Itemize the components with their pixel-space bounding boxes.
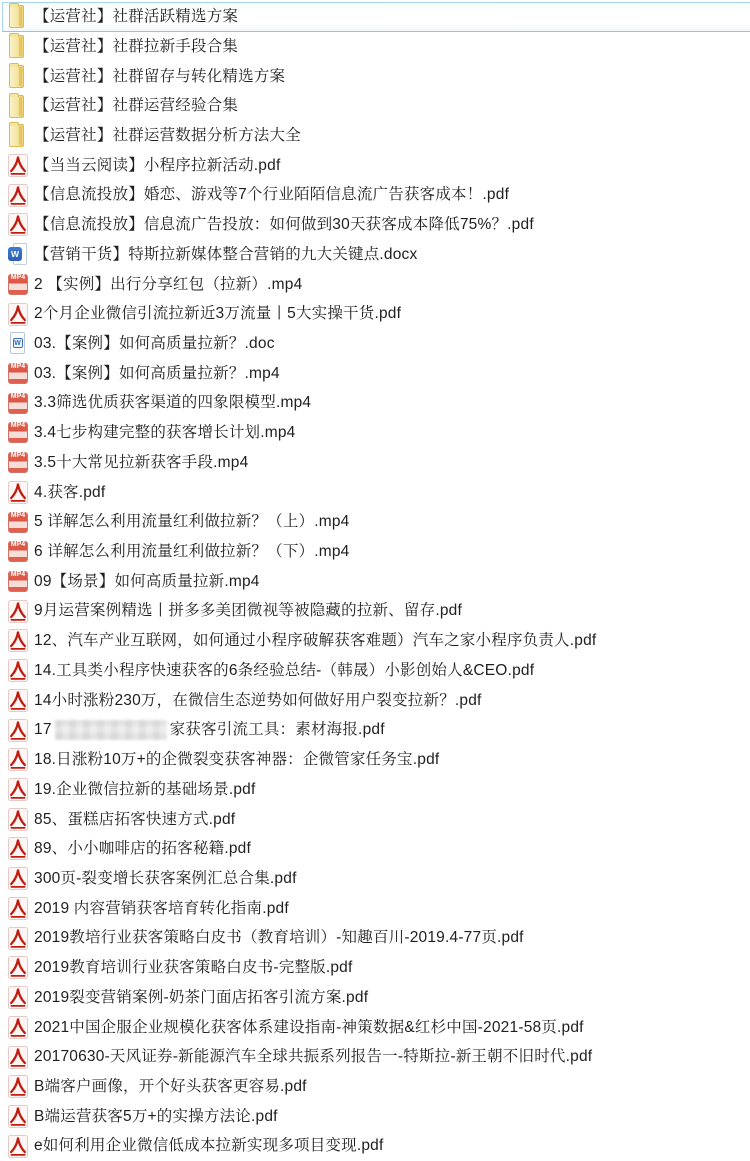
file-name: 【运营社】社群拉新手段合集 bbox=[34, 39, 238, 55]
pdf-file-icon bbox=[8, 689, 28, 712]
pdf-glyph bbox=[8, 1046, 28, 1069]
mp4-label: MP4 bbox=[8, 393, 28, 400]
mp4-file-icon: MP4 bbox=[8, 392, 28, 415]
mp4-label: MP4 bbox=[8, 452, 28, 459]
pdf-glyph bbox=[8, 837, 28, 860]
file-name: 3.4七步构建完整的获客增长计划.mp4 bbox=[34, 425, 296, 441]
file-row[interactable]: B端客户画像，开个好头获客更容易.pdf bbox=[0, 1072, 750, 1102]
pdf-file-icon bbox=[8, 867, 28, 890]
file-name: 【运营社】社群运营经验合集 bbox=[34, 98, 238, 114]
pdf-glyph bbox=[8, 927, 28, 950]
pdf-file-icon bbox=[8, 481, 28, 504]
folder-shape bbox=[9, 124, 24, 147]
file-row[interactable]: 2019 内容营销获客培育转化指南.pdf bbox=[0, 894, 750, 924]
pdf-file-icon bbox=[8, 1046, 28, 1069]
pdf-glyph bbox=[8, 481, 28, 504]
file-row[interactable]: 2个月企业微信引流拉新近3万流量丨5大实操干货.pdf bbox=[0, 299, 750, 329]
file-name: 【运营社】社群活跃精选方案 bbox=[34, 9, 238, 25]
file-name: 20170630-天风证券-新能源汽车全球共振系列报告一-特斯拉-新王朝不旧时代… bbox=[34, 1049, 592, 1065]
file-name: 2019 内容营销获客培育转化指南.pdf bbox=[34, 901, 289, 917]
file-name: 【信息流投放】婚恋、游戏等7个行业陌陌信息流广告获客成本！.pdf bbox=[34, 187, 509, 203]
file-name: e如何利用企业微信低成本拉新实现多项目变现.pdf bbox=[34, 1138, 383, 1154]
file-row[interactable]: MP43.3筛选优质获客渠道的四象限模型.mp4 bbox=[0, 388, 750, 418]
file-name-prefix: 17 bbox=[34, 722, 52, 738]
pdf-file-icon bbox=[8, 1016, 28, 1039]
file-row[interactable]: 【信息流投放】婚恋、游戏等7个行业陌陌信息流广告获客成本！.pdf bbox=[0, 180, 750, 210]
file-name: 2个月企业微信引流拉新近3万流量丨5大实操干货.pdf bbox=[34, 306, 401, 322]
file-name: 12、汽车产业互联网，如何通过小程序破解获客难题）汽车之家小程序负责人.pdf bbox=[34, 633, 596, 649]
pdf-file-icon bbox=[8, 154, 28, 177]
file-name: 5 详解怎么利用流量红利做拉新？（上）.mp4 bbox=[34, 514, 350, 530]
pdf-file-icon bbox=[8, 600, 28, 623]
pdf-glyph bbox=[8, 986, 28, 1009]
file-name: 2019教育培训行业获客策略白皮书-完整版.pdf bbox=[34, 960, 353, 976]
pdf-file-icon bbox=[8, 1135, 28, 1158]
file-name: 3.3筛选优质获客渠道的四象限模型.mp4 bbox=[34, 395, 311, 411]
file-row[interactable]: 2019裂变营销案例-奶茶门面店拓客引流方案.pdf bbox=[0, 983, 750, 1013]
file-name: 9月运营案例精选丨拼多多美团微视等被隐藏的拉新、留存.pdf bbox=[34, 603, 462, 619]
file-row[interactable]: MP403.【案例】如何高质量拉新？.mp4 bbox=[0, 359, 750, 389]
pdf-file-icon bbox=[8, 778, 28, 801]
file-name: B端运营获客5万+的实操方法论.pdf bbox=[34, 1109, 278, 1125]
mp4-label: MP4 bbox=[8, 363, 28, 370]
file-row[interactable]: 17家获客引流工具：素材海报.pdf bbox=[0, 715, 750, 745]
folder-icon bbox=[8, 65, 28, 88]
file-row[interactable]: 300页-裂变增长获客案例汇总合集.pdf bbox=[0, 864, 750, 894]
file-row[interactable]: 【运营社】社群拉新手段合集 bbox=[0, 32, 750, 62]
word-doc-file-icon: W bbox=[8, 332, 28, 355]
pdf-glyph bbox=[8, 808, 28, 831]
file-name: 09【场景】如何高质量拉新.mp4 bbox=[34, 574, 260, 590]
file-name: B端客户画像，开个好头获客更容易.pdf bbox=[34, 1079, 307, 1095]
pdf-file-icon bbox=[8, 1075, 28, 1098]
pdf-file-icon bbox=[8, 927, 28, 950]
file-name: 85、蛋糕店拓客快速方式.pdf bbox=[34, 812, 235, 828]
file-row[interactable]: 4.获客.pdf bbox=[0, 478, 750, 508]
folder-shape bbox=[9, 65, 24, 88]
pdf-glyph bbox=[8, 154, 28, 177]
file-row[interactable]: 2021中国企服企业规模化获客体系建设指南-神策数据&红杉中国-2021-58页… bbox=[0, 1012, 750, 1042]
word-docx-file-icon: W bbox=[8, 243, 28, 266]
file-name: 2 【实例】出行分享红包（拉新）.mp4 bbox=[34, 277, 302, 293]
file-row[interactable]: 18.日涨粉10万+的企微裂变获客神器：企微管家任务宝.pdf bbox=[0, 745, 750, 775]
file-name: 3.5十大常见拉新获客手段.mp4 bbox=[34, 455, 248, 471]
file-name: 6 详解怎么利用流量红利做拉新？（下）.mp4 bbox=[34, 544, 350, 560]
folder-icon bbox=[8, 124, 28, 147]
file-row[interactable]: 【当当云阅读】小程序拉新活动.pdf bbox=[0, 151, 750, 181]
folder-icon bbox=[8, 5, 28, 28]
file-row[interactable]: MP43.5十大常见拉新获客手段.mp4 bbox=[0, 448, 750, 478]
censored-blur-patch bbox=[55, 720, 167, 740]
file-row[interactable]: 14小时涨粉230万，在微信生态逆势如何做好用户裂变拉新？.pdf bbox=[0, 686, 750, 716]
file-name: 2021中国企服企业规模化获客体系建设指南-神策数据&红杉中国-2021-58页… bbox=[34, 1020, 584, 1036]
pdf-glyph bbox=[8, 1075, 28, 1098]
file-row[interactable]: 2019教培行业获客策略白皮书（教育培训）-知趣百川-2019.4-77页.pd… bbox=[0, 923, 750, 953]
file-name: 【信息流投放】信息流广告投放：如何做到30天获客成本降低75%？.pdf bbox=[34, 217, 534, 233]
mp4-file-icon: MP4 bbox=[8, 570, 28, 593]
mp4-file-icon: MP4 bbox=[8, 451, 28, 474]
pdf-glyph bbox=[8, 1016, 28, 1039]
folder-icon bbox=[8, 95, 28, 118]
mp4-label: MP4 bbox=[8, 422, 28, 429]
pdf-glyph bbox=[8, 1135, 28, 1158]
file-row[interactable]: 20170630-天风证券-新能源汽车全球共振系列报告一-特斯拉-新王朝不旧时代… bbox=[0, 1042, 750, 1072]
pdf-glyph bbox=[8, 956, 28, 979]
pdf-glyph bbox=[8, 897, 28, 920]
pdf-file-icon bbox=[8, 184, 28, 207]
mp4-label: MP4 bbox=[8, 541, 28, 548]
pdf-glyph bbox=[8, 213, 28, 236]
folder-shape bbox=[9, 5, 24, 28]
file-row[interactable]: 【信息流投放】信息流广告投放：如何做到30天获客成本降低75%？.pdf bbox=[0, 210, 750, 240]
file-name: 14小时涨粉230万，在微信生态逆势如何做好用户裂变拉新？.pdf bbox=[34, 693, 482, 709]
pdf-file-icon bbox=[8, 1105, 28, 1128]
file-name: 2019裂变营销案例-奶茶门面店拓客引流方案.pdf bbox=[34, 990, 368, 1006]
pdf-file-icon bbox=[8, 808, 28, 831]
file-row[interactable]: MP43.4七步构建完整的获客增长计划.mp4 bbox=[0, 418, 750, 448]
file-row[interactable]: 2019教育培训行业获客策略白皮书-完整版.pdf bbox=[0, 953, 750, 983]
file-row[interactable]: B端运营获客5万+的实操方法论.pdf bbox=[0, 1102, 750, 1132]
pdf-glyph bbox=[8, 748, 28, 771]
pdf-glyph bbox=[8, 1105, 28, 1128]
file-name: 03.【案例】如何高质量拉新？.doc bbox=[34, 336, 275, 352]
pdf-file-icon bbox=[8, 837, 28, 860]
pdf-glyph bbox=[8, 600, 28, 623]
pdf-glyph bbox=[8, 659, 28, 682]
mp4-file-icon: MP4 bbox=[8, 421, 28, 444]
file-row[interactable]: W03.【案例】如何高质量拉新？.doc bbox=[0, 329, 750, 359]
file-name: 【运营社】社群留存与转化精选方案 bbox=[34, 69, 285, 85]
file-row[interactable]: 【运营社】社群运营经验合集 bbox=[0, 91, 750, 121]
file-row[interactable]: 85、蛋糕店拓客快速方式.pdf bbox=[0, 804, 750, 834]
folder-icon bbox=[8, 35, 28, 58]
folder-shape bbox=[9, 35, 24, 58]
file-name: 19.企业微信拉新的基础场景.pdf bbox=[34, 782, 256, 798]
mp4-label: MP4 bbox=[8, 274, 28, 281]
file-row[interactable]: MP42 【实例】出行分享红包（拉新）.mp4 bbox=[0, 269, 750, 299]
file-row[interactable]: 19.企业微信拉新的基础场景.pdf bbox=[0, 775, 750, 805]
file-row[interactable]: MP45 详解怎么利用流量红利做拉新？（上）.mp4 bbox=[0, 507, 750, 537]
file-row[interactable]: 【运营社】社群活跃精选方案 bbox=[2, 2, 750, 32]
file-name: 2019教培行业获客策略白皮书（教育培训）-知趣百川-2019.4-77页.pd… bbox=[34, 930, 524, 946]
file-row[interactable]: 9月运营案例精选丨拼多多美团微视等被隐藏的拉新、留存.pdf bbox=[0, 596, 750, 626]
mp4-label: MP4 bbox=[8, 571, 28, 578]
pdf-file-icon bbox=[8, 986, 28, 1009]
file-row[interactable]: 【运营社】社群留存与转化精选方案 bbox=[0, 61, 750, 91]
folder-shape bbox=[9, 95, 24, 118]
file-list: 【运营社】社群活跃精选方案【运营社】社群拉新手段合集【运营社】社群留存与转化精选… bbox=[0, 2, 750, 1161]
pdf-file-icon bbox=[8, 719, 28, 742]
file-row[interactable]: 【运营社】社群运营数据分析方法大全 bbox=[0, 121, 750, 151]
pdf-glyph bbox=[8, 689, 28, 712]
file-name: 【运营社】社群运营数据分析方法大全 bbox=[34, 128, 301, 144]
mp4-file-icon: MP4 bbox=[8, 362, 28, 385]
pdf-file-icon bbox=[8, 303, 28, 326]
file-row[interactable]: e如何利用企业微信低成本拉新实现多项目变现.pdf bbox=[0, 1131, 750, 1161]
pdf-glyph bbox=[8, 778, 28, 801]
file-row[interactable]: 12、汽车产业互联网，如何通过小程序破解获客难题）汽车之家小程序负责人.pdf bbox=[0, 626, 750, 656]
file-name-suffix: 家获客引流工具：素材海报.pdf bbox=[170, 722, 385, 738]
file-name: 【当当云阅读】小程序拉新活动.pdf bbox=[34, 158, 280, 174]
pdf-file-icon bbox=[8, 659, 28, 682]
pdf-file-icon bbox=[8, 213, 28, 236]
word-w-icon: W bbox=[13, 338, 23, 348]
mp4-file-icon: MP4 bbox=[8, 511, 28, 534]
pdf-glyph bbox=[8, 629, 28, 652]
pdf-glyph bbox=[8, 184, 28, 207]
file-name: 【营销干货】特斯拉新媒体整合营销的九大关键点.docx bbox=[34, 247, 417, 263]
file-row[interactable]: MP409【场景】如何高质量拉新.mp4 bbox=[0, 567, 750, 597]
pdf-file-icon bbox=[8, 629, 28, 652]
mp4-label: MP4 bbox=[8, 512, 28, 519]
file-row[interactable]: 14.工具类小程序快速获客的6条经验总结-（韩晟）小影创始人&CEO.pdf bbox=[0, 656, 750, 686]
file-row[interactable]: MP46 详解怎么利用流量红利做拉新？（下）.mp4 bbox=[0, 537, 750, 567]
file-row[interactable]: 89、小小咖啡店的拓客秘籍.pdf bbox=[0, 834, 750, 864]
pdf-glyph bbox=[8, 867, 28, 890]
file-name: 14.工具类小程序快速获客的6条经验总结-（韩晟）小影创始人&CEO.pdf bbox=[34, 663, 534, 679]
mp4-file-icon: MP4 bbox=[8, 540, 28, 563]
file-row[interactable]: W【营销干货】特斯拉新媒体整合营销的九大关键点.docx bbox=[0, 240, 750, 270]
pdf-file-icon bbox=[8, 956, 28, 979]
word-w-icon: W bbox=[8, 247, 22, 261]
mp4-file-icon: MP4 bbox=[8, 273, 28, 296]
pdf-glyph bbox=[8, 303, 28, 326]
file-name: 18.日涨粉10万+的企微裂变获客神器：企微管家任务宝.pdf bbox=[34, 752, 439, 768]
file-name: 300页-裂变增长获客案例汇总合集.pdf bbox=[34, 871, 297, 887]
pdf-glyph bbox=[8, 719, 28, 742]
file-name: 4.获客.pdf bbox=[34, 485, 105, 501]
file-name: 03.【案例】如何高质量拉新？.mp4 bbox=[34, 366, 280, 382]
pdf-file-icon bbox=[8, 897, 28, 920]
file-name: 89、小小咖啡店的拓客秘籍.pdf bbox=[34, 841, 251, 857]
pdf-file-icon bbox=[8, 748, 28, 771]
file-explorer-list: 【运营社】社群活跃精选方案【运营社】社群拉新手段合集【运营社】社群留存与转化精选… bbox=[0, 0, 750, 1161]
file-name: 17家获客引流工具：素材海报.pdf bbox=[34, 720, 385, 740]
